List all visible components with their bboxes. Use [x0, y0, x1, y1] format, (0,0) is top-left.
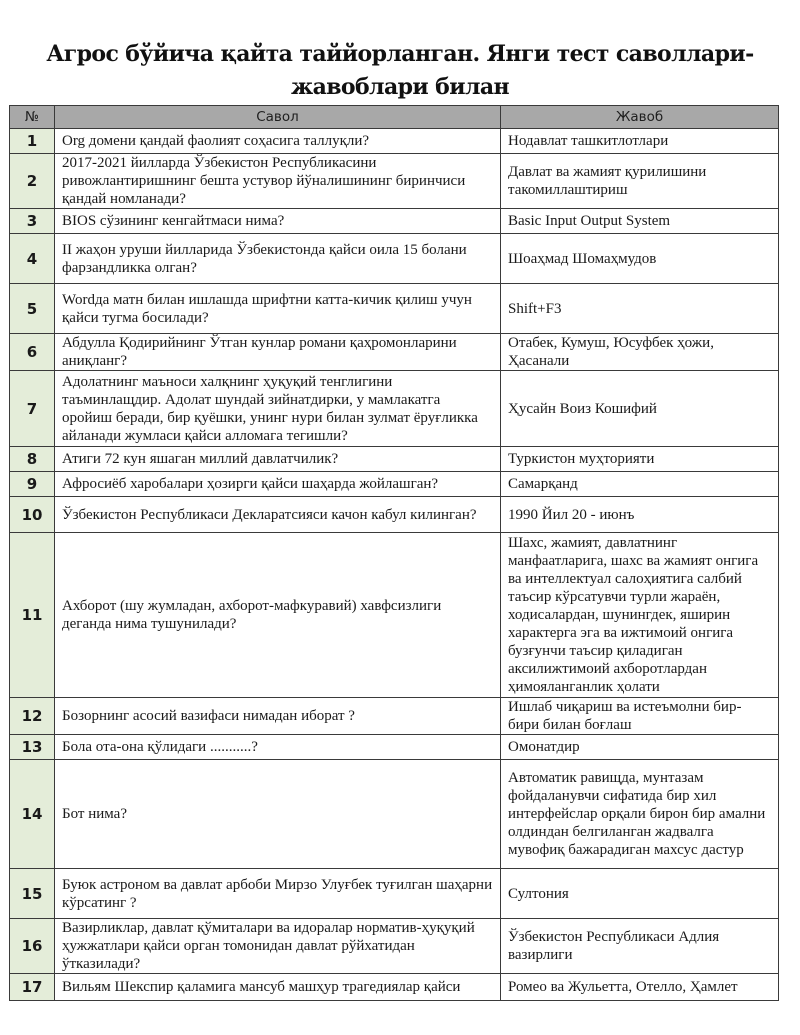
table-row: 3BIOS сўзининг кенгайтмаси нима?Basic In…	[10, 209, 779, 234]
answer-cell: 1990 Йил 20 - июнъ	[501, 497, 779, 533]
question-cell: Бола ота-она қўлидаги ...........?	[55, 735, 501, 760]
question-cell: Ўзбекистон Республикаси Декларатсияси ка…	[55, 497, 501, 533]
table-header-row: № Савол Жавоб	[10, 106, 779, 129]
table-row: 9Афросиёб харобалари ҳозирги қайси шаҳар…	[10, 472, 779, 497]
row-number: 13	[10, 735, 55, 760]
answer-cell: Ҳусайн Воиз Кошифий	[501, 371, 779, 447]
header-answer: Жавоб	[501, 106, 779, 129]
header-question: Савол	[55, 106, 501, 129]
header-number: №	[10, 106, 55, 129]
table-row: 13Бола ота-она қўлидаги ...........?Омон…	[10, 735, 779, 760]
question-cell: Адолатнинг маъноси халқнинг ҳуқуқий тенг…	[55, 371, 501, 447]
table-row: 17Вильям Шекспир қаламига мансуб машҳур …	[10, 974, 779, 1001]
row-number: 9	[10, 472, 55, 497]
question-cell: Ахборот (шу жумладан, ахборот-мафкуравий…	[55, 533, 501, 698]
answer-cell: Омонатдир	[501, 735, 779, 760]
question-cell: Вазирликлар, давлат қўмиталари ва идорал…	[55, 919, 501, 974]
question-cell: Wordда матн билан ишлашда шрифтни катта-…	[55, 284, 501, 334]
question-cell: BIOS сўзининг кенгайтмаси нима?	[55, 209, 501, 234]
table-row: 4II жаҳон уруши йилларида Ўзбекистонда қ…	[10, 234, 779, 284]
question-cell: 2017-2021 йилларда Ўзбекистон Республика…	[55, 154, 501, 209]
table-row: 8Атиги 72 кун яшаган миллий давлатчилик?…	[10, 447, 779, 472]
answer-cell: Отабек, Кумуш, Юсуфбек ҳожи, Ҳасанали	[501, 334, 779, 371]
table-row: 11Ахборот (шу жумладан, ахборот-мафкурав…	[10, 533, 779, 698]
table-row: 15Буюк астроном ва давлат арбоби Мирзо У…	[10, 869, 779, 919]
answer-cell: Давлат ва жамият қурилишини такомиллашти…	[501, 154, 779, 209]
table-row: 16Вазирликлар, давлат қўмиталари ва идор…	[10, 919, 779, 974]
table-row: 7Адолатнинг маъноси халқнинг ҳуқуқий тен…	[10, 371, 779, 447]
question-cell: Бозорнинг асосий вазифаси нимадан иборат…	[55, 698, 501, 735]
answer-cell: Ишлаб чиқариш ва истеъмолни бир-бири бил…	[501, 698, 779, 735]
answer-cell: Шахс, жамият, давлатнинг манфаатларига, …	[501, 533, 779, 698]
row-number: 17	[10, 974, 55, 1001]
row-number: 2	[10, 154, 55, 209]
row-number: 14	[10, 760, 55, 869]
document-title: Агрос бўйича қайта таййорланган. Янги те…	[40, 38, 760, 104]
row-number: 12	[10, 698, 55, 735]
table-row: 5Wordда матн билан ишлашда шрифтни катта…	[10, 284, 779, 334]
row-number: 4	[10, 234, 55, 284]
question-cell: Org домени қандай фаолият соҳасига таллу…	[55, 129, 501, 154]
question-cell: Буюк астроном ва давлат арбоби Мирзо Улу…	[55, 869, 501, 919]
answer-cell: Shift+F3	[501, 284, 779, 334]
answer-cell: Нодавлат ташкитлотлари	[501, 129, 779, 154]
answer-cell: Шоаҳмад Шомаҳмудов	[501, 234, 779, 284]
table-row: 6Абдулла Қодирийнинг Ўтган кунлар романи…	[10, 334, 779, 371]
row-number: 3	[10, 209, 55, 234]
question-cell: Афросиёб харобалари ҳозирги қайси шаҳард…	[55, 472, 501, 497]
table-row: 12Бозорнинг асосий вазифаси нимадан ибор…	[10, 698, 779, 735]
answer-cell: Basic Input Output System	[501, 209, 779, 234]
answer-cell: Ўзбекистон Республикаси Адлия вазирлиги	[501, 919, 779, 974]
table-row: 14Бот нима?Автоматик равищда, мунтазам ф…	[10, 760, 779, 869]
table-row: 1Org домени қандай фаолият соҳасига талл…	[10, 129, 779, 154]
qa-table: № Савол Жавоб 1Org домени қандай фаолият…	[9, 105, 779, 1001]
row-number: 16	[10, 919, 55, 974]
row-number: 1	[10, 129, 55, 154]
answer-cell: Туркистон муҳторияти	[501, 447, 779, 472]
row-number: 7	[10, 371, 55, 447]
question-cell: Абдулла Қодирийнинг Ўтган кунлар романи …	[55, 334, 501, 371]
row-number: 5	[10, 284, 55, 334]
row-number: 11	[10, 533, 55, 698]
question-cell: Бот нима?	[55, 760, 501, 869]
row-number: 15	[10, 869, 55, 919]
question-cell: II жаҳон уруши йилларида Ўзбекистонда қа…	[55, 234, 501, 284]
table-row: 22017-2021 йилларда Ўзбекистон Республик…	[10, 154, 779, 209]
answer-cell: Автоматик равищда, мунтазам фойдаланувчи…	[501, 760, 779, 869]
row-number: 6	[10, 334, 55, 371]
question-cell: Вильям Шекспир қаламига мансуб машҳур тр…	[55, 974, 501, 1001]
row-number: 8	[10, 447, 55, 472]
answer-cell: Самарқанд	[501, 472, 779, 497]
answer-cell: Ромео ва Жульетта, Отелло, Ҳамлет	[501, 974, 779, 1001]
question-cell: Атиги 72 кун яшаган миллий давлатчилик?	[55, 447, 501, 472]
row-number: 10	[10, 497, 55, 533]
answer-cell: Султония	[501, 869, 779, 919]
table-row: 10Ўзбекистон Республикаси Декларатсияси …	[10, 497, 779, 533]
